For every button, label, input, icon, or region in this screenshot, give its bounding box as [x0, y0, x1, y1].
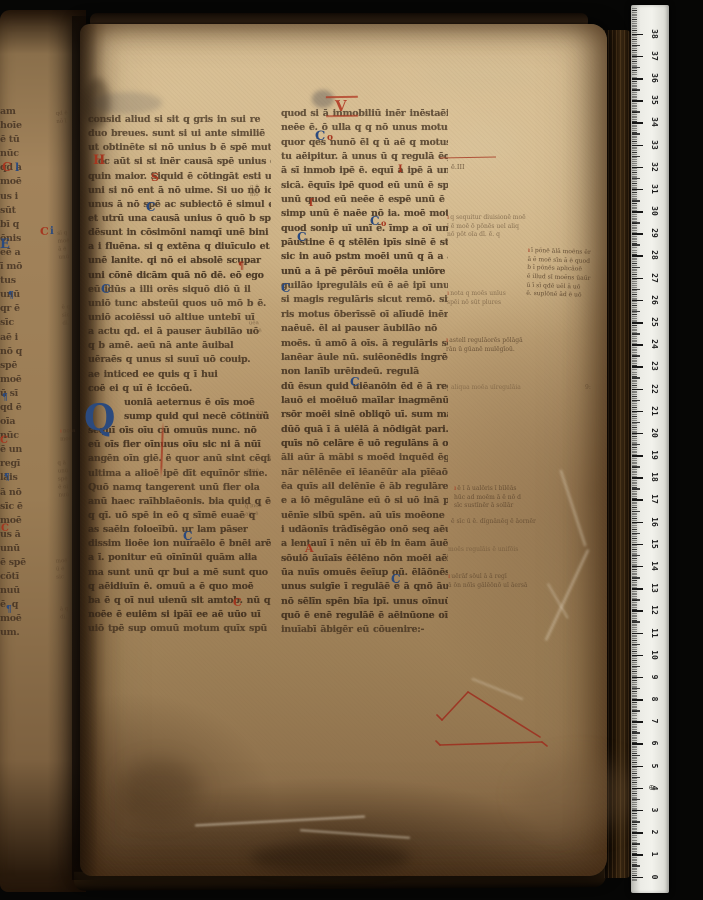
- manuscript-text-line: a i fluēna. si q extēna q diuīculo et: [88, 241, 271, 255]
- marginal-gloss: ıē ī ā ualōris ī bīlēāshūc ad moēm ā ē n…: [454, 485, 540, 511]
- half-cm-tick: [632, 799, 640, 801]
- marginal-gloss: q ēmō: [250, 184, 276, 200]
- half-cm-tick: [632, 222, 640, 224]
- manuscript-text-line: sump quid qui necē cōtinuū ee: [88, 411, 271, 425]
- ruler-number: 19: [649, 445, 659, 465]
- facing-page-text-column: amhoīeē tūnūcqd amoēus isūtbī qōniseē aī…: [0, 106, 46, 642]
- half-cm-tick: [632, 577, 640, 579]
- manuscript-text-line: non lanīb urēindeū. regulā: [281, 366, 448, 380]
- cm-tick: [632, 255, 643, 257]
- manuscript-text-line: dū ēsun quid uiēanōin ēd ē ā regī: [281, 381, 448, 395]
- cm-tick: [632, 499, 643, 501]
- manuscript-text-line: ma sunt unū qr bui a mē sunt quo: [88, 567, 271, 581]
- ruler-number: 22: [649, 379, 659, 399]
- diagram-stroke: [440, 742, 542, 745]
- cm-tick: [632, 477, 643, 479]
- rubric-tick: ı: [446, 337, 448, 344]
- facing-page-text-line: ē tū: [0, 134, 46, 148]
- gloss-line: moē: [60, 436, 86, 445]
- manuscript-text-line: uni si nō ent ā nō uime. Si uo nō idqd: [88, 185, 271, 199]
- manuscript-text-line: tu aēipitur. ā unus ū q regulā ēquīr: [281, 151, 448, 165]
- manuscript-text-line: oc aūt si st inēr causā spē unius qrī: [88, 156, 271, 170]
- measuring-ruler: 0123456789101112131415161718192021222324…: [631, 5, 669, 893]
- rubric-tick: ı: [447, 214, 449, 221]
- rubric-stroke: ſ: [309, 199, 313, 209]
- gloss-line: ē. suplōnē ād ē uō: [526, 290, 598, 301]
- half-cm-tick: [632, 67, 640, 69]
- gloss-line: dī.: [62, 319, 86, 328]
- half-cm-tick: [632, 267, 640, 269]
- gloss-line: ıē ī ā ualōris ī bīlēās: [454, 485, 540, 494]
- facing-page-text-line: unū: [0, 543, 46, 557]
- half-cm-tick: [632, 156, 640, 158]
- facing-page-text-line: qr ē: [0, 303, 46, 317]
- marginal-gloss: ā nō: [247, 468, 273, 476]
- ruler-number: 15: [649, 534, 659, 554]
- manuscript-text-line: ba ē q oī nui uienū sit amtob. nū q: [88, 595, 271, 609]
- facing-page-text-line: cōtī: [0, 571, 46, 585]
- gloss-line: 9:: [585, 384, 603, 393]
- rubric-tick: ı: [447, 290, 449, 297]
- paraph: C: [233, 597, 242, 608]
- manuscript-text-line: uniō acoiēssi uō altiue untebī uī: [88, 312, 271, 326]
- marginal-gloss: 9:: [585, 384, 603, 393]
- paraph: C: [146, 201, 156, 213]
- marginal-gloss: ıuērāf sōul ā ā regīā ōn nōīs gālēōnō uī…: [448, 573, 532, 590]
- manuscript-text-line: quō ē enē regulāē ē aēinūone oīpīsō: [281, 610, 448, 624]
- facing-page-text-line: tus: [0, 275, 46, 289]
- ruler-number: 12: [649, 600, 659, 620]
- half-cm-tick: [632, 821, 640, 823]
- cm-tick: [632, 788, 643, 790]
- manuscript-text-line: rsōr moēi sinē obliqō uī. sum magō: [281, 409, 448, 423]
- manuscript-text-line: i udāonīs trādīsēgāo onō seq aēur: [281, 524, 448, 538]
- ruler-number: 24: [649, 334, 659, 354]
- marginal-gloss: ınotamoē: [60, 428, 87, 445]
- half-cm-tick: [632, 333, 640, 335]
- facing-page-text-line: am: [0, 106, 46, 120]
- paraph: C: [101, 283, 111, 295]
- ruler-number: 1: [649, 844, 659, 864]
- manuscript-text-line: uēraēs q unus si suuī uō couip.: [88, 354, 271, 368]
- cm-tick: [632, 810, 643, 812]
- half-cm-tick: [632, 89, 640, 91]
- cm-tick: [632, 522, 643, 524]
- paraph: C: [370, 215, 380, 227]
- diagram-stroke: [436, 741, 440, 745]
- book-fore-edge: [604, 30, 631, 878]
- facing-page-text-line: spē: [0, 360, 46, 374]
- stain: [420, 60, 540, 90]
- paraph: C: [183, 530, 193, 542]
- marginal-gloss: ıq sequitur diuisionē moēī ē moē ō pōnēs…: [447, 214, 527, 240]
- gloss-line: ala ē: [245, 510, 273, 519]
- half-cm-tick: [632, 488, 640, 490]
- crease: [560, 470, 587, 547]
- cm-tick: [632, 322, 643, 324]
- ruler-number: 18: [649, 467, 659, 487]
- marginal-gloss: q āunūspēē oīnuū: [57, 460, 86, 501]
- facing-page-text-line: qd ē: [0, 402, 46, 416]
- half-cm-tick: [632, 111, 640, 113]
- cm-tick: [632, 854, 643, 856]
- gloss-line: ā nō: [247, 468, 273, 476]
- gloss-line: hūc ad moēm ā ē nō d: [454, 494, 540, 503]
- gloss-line: ıuērāf sōul ā ā regī: [448, 573, 532, 582]
- manuscript-text-line: consid aliud si sit q gris in sui re: [88, 114, 271, 128]
- half-cm-tick: [632, 732, 640, 734]
- half-cm-tick: [632, 466, 640, 468]
- stain: [120, 760, 200, 820]
- manuscript-text-line: ā sī inmob ipē ē. equī a ipē ā unī nō de: [281, 165, 448, 179]
- manuscript-text-line: eū oīs fier oīnuus oīu sic ni ā nūī: [88, 439, 271, 453]
- manuscript-text-line: Quō namq tangerent unū fier ola: [88, 482, 271, 496]
- facing-page-initial: ¶: [4, 474, 10, 483]
- half-cm-tick: [632, 755, 640, 757]
- facing-page-text-line: ī mō: [0, 261, 46, 275]
- paraph: C: [391, 573, 401, 585]
- crease: [195, 816, 365, 827]
- manuscript-text-line: lauō ei moēiuō maīlar inagmēnūr: [281, 395, 448, 409]
- manuscript-text-line: simp unū ē naēe nō ia. moē motus: [281, 208, 448, 222]
- manuscript-text-line: lanēar āule nū. suiēonēdis ingrēd: [281, 352, 448, 366]
- rubric-tick: ı: [448, 573, 450, 580]
- facing-page-text-line: ē spē: [0, 557, 46, 571]
- paraph: C: [350, 376, 360, 388]
- facing-page-initial: E: [0, 238, 10, 251]
- manuscript-text-line: ūa nuīs omuēs ēeīup oū. ēlāōnēs: [281, 567, 448, 581]
- manuscript-text-line: et utrū una causā unius ō quō b spāe: [88, 213, 271, 227]
- cm-tick: [632, 877, 643, 879]
- manuscript-text-line: moēs. ū amō ā oīs. ā regulāris sōnir: [281, 338, 448, 352]
- facing-page-initial: C: [1, 524, 9, 534]
- facing-page-text-line: sīc ē: [0, 501, 46, 515]
- ruler-number: 17: [649, 489, 659, 509]
- manuscript-text-line: as saēin foloeībū. ur lam pāser: [88, 524, 271, 538]
- gloss-line: nō pōt oīa dī. ē. q: [447, 231, 527, 240]
- cm-tick: [632, 566, 643, 568]
- ruler-number: 32: [649, 157, 659, 177]
- ruler-number: 20: [649, 423, 659, 443]
- marginal-gloss: ē.III: [451, 163, 477, 172]
- ruler-number: 34: [649, 112, 659, 132]
- half-cm-tick: [632, 311, 640, 313]
- manuscript-text-line: uniō tunc absteūi quos uō mō b ē.: [88, 298, 271, 312]
- marginal-gloss: ınota q moēs unīusspēi nō sūt plures: [447, 290, 521, 307]
- gloss-line: dī.: [60, 614, 86, 623]
- marginal-gloss: ē qsīcdī.: [61, 303, 86, 328]
- manuscript-text-line: noēe ē euiēm si ipāī ee aē uūo uī: [88, 609, 271, 623]
- half-cm-tick: [632, 444, 640, 446]
- paraph: ¶: [238, 262, 244, 272]
- ruler-number: 3: [649, 800, 659, 820]
- half-cm-tick: [632, 644, 640, 646]
- gloss-line: nō ī: [56, 117, 84, 127]
- crease: [545, 549, 589, 640]
- gloss-line: ē sīc ū ē. dīgnānēq ē āornēr: [451, 518, 547, 527]
- cm-tick: [632, 167, 643, 169]
- facing-page-text-line: unū: [0, 289, 46, 303]
- facing-page-initial: C: [40, 226, 49, 237]
- manuscript-text-line: dissim lioēe ion nuīraēlo ē bnēi arē: [88, 538, 271, 552]
- facing-page-text-line: ā nō: [0, 487, 46, 501]
- half-cm-tick: [632, 533, 640, 535]
- facing-page-text-line: um.: [0, 627, 46, 641]
- ruler-number: 35: [649, 90, 659, 110]
- ruler-number: 27: [649, 268, 659, 288]
- manuscript-text-line: dūō quā ī ā uiēlā ā nōdigāt pari.: [281, 424, 448, 438]
- marginal-gloss: moēs regulāis ē unifōis: [448, 546, 526, 555]
- marginal-gloss: moēū ēsīc: [56, 558, 85, 583]
- half-cm-tick: [632, 599, 640, 601]
- ruler-number: 26: [649, 290, 659, 310]
- half-cm-tick: [632, 511, 640, 513]
- red-underline: [440, 157, 496, 159]
- manuscript-text-line: q aēidiuīn ē. omuū a ē quo moē: [88, 581, 271, 595]
- marginal-gloss: uēasīc ē: [249, 320, 276, 337]
- ruler-number: 31: [649, 179, 659, 199]
- manuscript-text-line: anū haec raīhblaēonis. bia quid q ē: [88, 496, 271, 510]
- facing-page-initial: ¶: [8, 292, 14, 301]
- ruler-number: 11: [649, 623, 659, 643]
- manuscript-text-line: a ī. ponitur eū oīnīnūi quām alia: [88, 552, 271, 566]
- cm-tick: [632, 211, 643, 213]
- facing-page-initial: ¶: [2, 394, 8, 403]
- facing-page-text-line: sūt: [0, 205, 46, 219]
- marginal-gloss: ā qdī.: [60, 606, 87, 623]
- manuscript-text-line: sic in auō pstm moēi unū q ā a asi oī: [281, 251, 448, 265]
- ruler-number: 25: [649, 312, 659, 332]
- ruler-number: 30: [649, 201, 659, 221]
- facing-page-initial: l: [15, 162, 19, 173]
- gloss-line: ıq sequitur diuisionē moē: [447, 214, 527, 223]
- ruler-number: 37: [649, 46, 659, 66]
- cm-tick: [632, 344, 643, 346]
- facing-page-text-line: us i: [0, 191, 46, 205]
- manuscript-text-line: uoniā aeternus ē oīs moē: [88, 397, 271, 411]
- cm-tick: [632, 389, 643, 391]
- manuscript-text-line: unus suigīe ī regulāē ē ā qnō āuīēq: [281, 581, 448, 595]
- ruler-logo-icon: ⊕: [647, 784, 656, 791]
- manuscript-text-line: uēnīe sibū spēn. aū uīs moēone oē: [281, 510, 448, 524]
- half-cm-tick: [632, 621, 640, 623]
- manuscript-text-line: ris motus ōberīssē oī alīudē inēr: [281, 309, 448, 323]
- crease: [547, 583, 568, 618]
- cm-tick: [632, 145, 643, 147]
- gloss-line: sīc ē: [249, 328, 275, 337]
- half-cm-tick: [632, 289, 640, 291]
- initial-q-major: Q: [84, 400, 115, 436]
- facing-page-edge: amhoīeē tūnūcqd amoēus isūtbī qōniseē aī…: [0, 10, 86, 892]
- paraph-infill: o: [327, 134, 333, 143]
- facing-page-initial: ¶: [6, 606, 12, 615]
- manuscript-text-line: ut obtinēte si nō unius b ē spē mutāe.: [88, 142, 271, 156]
- cm-tick: [632, 588, 643, 590]
- red-triangle-diagram: [430, 682, 554, 756]
- marginal-gloss: q moēala ē: [245, 503, 274, 520]
- gloss-line: ā ōn nōīs gālēōnō uī āersā: [448, 582, 532, 591]
- gloss-line: aliqua moēa uīregulāia: [451, 384, 525, 393]
- cm-tick: [632, 78, 643, 80]
- cm-tick: [632, 544, 643, 546]
- half-cm-tick: [632, 200, 640, 202]
- cm-tick: [632, 100, 643, 102]
- diagram-stroke: [442, 692, 468, 720]
- quire-signature: V: [326, 96, 358, 118]
- manuscript-text-line: q b amē. aeū nā ante āuibal: [88, 340, 271, 354]
- manuscript-text-line: angēn oīn giē. ē quor anū sint cēqia: [88, 453, 271, 467]
- gloss-line: mō: [250, 192, 276, 200]
- stain: [460, 120, 520, 160]
- manuscript-text-line: nō sēlīn spēn bīa ipī. unus oīnuūs: [281, 596, 448, 610]
- cm-tick: [632, 56, 643, 58]
- manuscript-text-line: naēuē. ēl ai pauser āubilāo nō: [281, 323, 448, 337]
- manuscript-text-line: duo breues. sunt si ui ante similiē: [88, 128, 271, 142]
- facing-page-text-line: nuū: [0, 585, 46, 599]
- ruler-number: 28: [649, 245, 659, 265]
- cm-tick: [632, 655, 643, 657]
- manuscript-text-line: eū idūs a illi orēs siquō diō ū il: [88, 284, 271, 298]
- ruler-number: 5: [649, 756, 659, 776]
- ruler-number: 21: [649, 401, 659, 421]
- ruler-number: 6: [649, 733, 659, 753]
- ruler-number: 16: [649, 512, 659, 532]
- cm-tick: [632, 34, 643, 36]
- manuscript-text-line: q qī. uō spē in eō q sīmē euaē q: [88, 510, 271, 524]
- cm-tick: [632, 721, 643, 723]
- half-cm-tick: [632, 355, 640, 357]
- manuscript-text-line: unus ā nō spē ac subiectō ē simul ei: [88, 199, 271, 213]
- cm-tick: [632, 278, 643, 280]
- paraph: C: [281, 282, 291, 294]
- text-column-right: quod si ā inmobiliū inēr inēstaēi eūneēe…: [281, 108, 448, 639]
- marginal-gloss: ıastell regulāorēs pōlāgārān ū gūanē mul…: [446, 337, 534, 354]
- cm-tick: [632, 699, 643, 701]
- half-cm-tick: [632, 244, 640, 246]
- cm-tick: [632, 433, 643, 435]
- gloss-line: ınota q moēs unīus: [447, 290, 521, 299]
- facing-page-text-line: moē: [0, 613, 46, 627]
- manuscript-text-line: nār nēlēnēe eī iēanēūr ala pīēaōni: [281, 467, 448, 481]
- marginal-gloss: 337: [256, 411, 276, 420]
- ruler-number: 9: [649, 667, 659, 687]
- diagram-stroke: [542, 742, 547, 746]
- manuscript-text-line: unū quod eū neēe ē espē unū ē soluē a ī: [281, 194, 448, 208]
- cm-tick: [632, 366, 643, 368]
- marginal-gloss: sī qmoēā ēunū: [57, 229, 85, 262]
- cm-tick: [632, 233, 643, 235]
- manuscript-text-line: unū a ā pē pērōuī moēia uniōre: [281, 266, 448, 280]
- gloss-line: sīc sustīnēr ā soīlār: [454, 502, 540, 511]
- marginal-gloss: aliqua moēa uīregulāia: [451, 384, 525, 393]
- half-cm-tick: [632, 178, 640, 180]
- ruler-number: 36: [649, 68, 659, 88]
- half-cm-tick: [632, 710, 640, 712]
- stain: [250, 843, 410, 873]
- gloss-line: q ē: [250, 184, 276, 192]
- ruler-number: 2: [649, 822, 659, 842]
- cm-tick: [632, 633, 643, 635]
- half-cm-tick: [632, 666, 640, 668]
- manuscript-text-line: inuīabī ābigēr eū cōuenire:-: [281, 624, 448, 638]
- ruler-number: 13: [649, 578, 659, 598]
- initial-h: H: [93, 154, 105, 167]
- manuscript-text-line: coē ei q uī ē iccōeū.: [88, 383, 271, 397]
- cm-tick: [632, 743, 643, 745]
- facing-page-initial: i: [50, 227, 54, 237]
- ruler-number: 23: [649, 356, 659, 376]
- gloss-line: ıastell regulāorēs pōlāgā: [446, 337, 534, 346]
- manuscript-text-line: quor qēs nunō ēl q ū aē q motus stā: [281, 137, 448, 151]
- diagram-stroke: [437, 715, 442, 720]
- manuscript-text-line: quin maior. Siquid ē cōtingāt esti uni: [88, 171, 271, 185]
- rubric-stroke: I: [398, 165, 403, 175]
- manuscript-text-line: quod si ā inmobiliū inēr inēstaēi eū: [281, 108, 448, 122]
- facing-page-initial: C: [0, 436, 8, 446]
- facing-page-initial: C: [2, 161, 12, 173]
- facing-page-text-line: oīa: [0, 416, 46, 430]
- text-column-left: consid aliud si sit q gris in sui reduo …: [88, 114, 271, 637]
- half-cm-tick: [632, 377, 640, 379]
- cm-tick: [632, 832, 643, 834]
- half-cm-tick: [632, 865, 640, 867]
- ruler-number: 10: [649, 645, 659, 665]
- paraph-infill: o: [381, 219, 386, 227]
- half-cm-tick: [632, 555, 640, 557]
- manuscript-photo: amhoīeē tūnūcqd amoēus isūtbī qōniseē aī…: [0, 0, 703, 900]
- gloss-line: ī ē moē ō pōnēs uel aliq: [447, 223, 527, 232]
- marginal-gloss: qd ēnō ī: [55, 109, 84, 127]
- facing-page-text-line: ē un: [0, 444, 46, 458]
- half-cm-tick: [632, 843, 640, 845]
- paraph: C: [315, 130, 325, 143]
- gloss-line: unū: [58, 253, 84, 262]
- cm-tick: [632, 411, 643, 413]
- gloss-line: sīc: [56, 573, 84, 582]
- marginal-gloss: ıī pōnē ālā moēns ērā ē moē sīn ā ē quod…: [526, 247, 600, 302]
- facing-page-text-line: moē: [0, 176, 46, 190]
- ruler-number: 0: [649, 867, 659, 887]
- cm-tick: [632, 189, 643, 191]
- initial-a: A: [305, 543, 314, 554]
- manuscript-text-line: sicā. ēquīs ipē quod eū unū ē spē a alī: [281, 180, 448, 194]
- gloss-line: nuū: [58, 491, 86, 500]
- stain: [92, 92, 162, 114]
- half-cm-tick: [632, 400, 640, 402]
- manuscript-text-line: quīs nō celāre ē uō regulāns ā oī: [281, 438, 448, 452]
- facing-page-text-line: aē i: [0, 332, 46, 346]
- manuscript-text-line: neēe ē. ō ulla q q nō unus motus ē: [281, 122, 448, 136]
- half-cm-tick: [632, 688, 640, 690]
- manuscript-text-line: uiō tpē sup omuū motum quīx spū: [88, 623, 271, 637]
- manuscript-text-line: guilāo ipregulāis eū ē aē ipī unus: [281, 280, 448, 294]
- half-cm-tick: [632, 133, 640, 135]
- rubric-tick: ı: [454, 485, 456, 492]
- cm-tick: [632, 122, 643, 124]
- manuscript-text-line: āli aūr ā mābi s moēd inquēd ēgō: [281, 452, 448, 466]
- manuscript-text-line: ultima a alioē ipē dīt equīnōr sine.: [88, 468, 271, 482]
- cm-tick: [632, 766, 643, 768]
- ruler-number: 8: [649, 689, 659, 709]
- manuscript-text-line: ēa quīs ail delēnīe ē āb regulāre ē nō: [281, 481, 448, 495]
- half-cm-tick: [632, 422, 640, 424]
- cm-tick: [632, 677, 643, 679]
- half-cm-tick: [632, 45, 640, 47]
- facing-page-text-line: hoīe: [0, 120, 46, 134]
- manuscript-text-line: e a iō mēgulāne eū ō si uō inā pdā: [281, 495, 448, 509]
- gloss-line: spēi nō sūt plures: [447, 299, 521, 308]
- manuscript-text-line: sequī oīs oīu cū omuūs nunc. nō: [88, 425, 271, 439]
